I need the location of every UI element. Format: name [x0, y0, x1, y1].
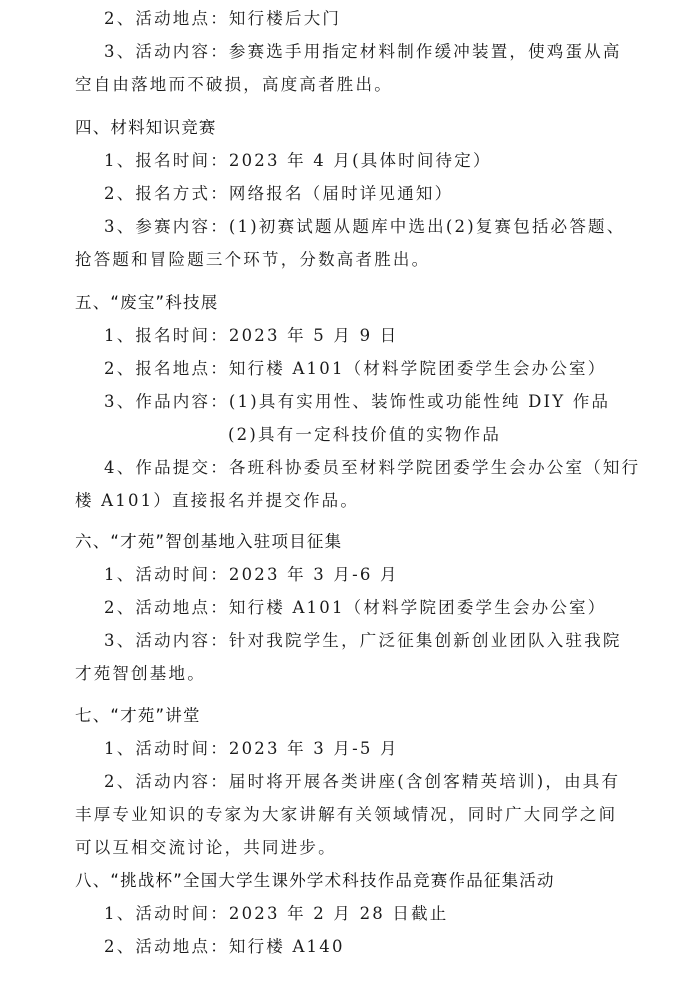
paragraph-line: 1、活动时间：2023 年 3 月-5 月	[104, 738, 664, 760]
paragraph-line: 楼 A101）直接报名并提交作品。	[75, 490, 635, 512]
paragraph-line: 丰厚专业知识的专家为大家讲解有关领域情况，同时广大同学之间	[75, 804, 635, 826]
section-heading: 六、“才苑”智创基地入驻项目征集	[75, 531, 635, 553]
paragraph-line: 2、报名地点：知行楼 A101（材料学院团委学生会办公室）	[104, 358, 664, 380]
paragraph-line: 2、活动地点：知行楼后大门	[104, 8, 664, 30]
paragraph-line: 2、报名方式：网络报名（届时详见通知）	[104, 183, 664, 205]
paragraph-line: 2、活动地点：知行楼 A140	[104, 936, 664, 958]
paragraph-line: 空自由落地而不破损，高度高者胜出。	[75, 74, 635, 96]
section-heading: 四、材料知识竞赛	[75, 117, 635, 139]
paragraph-line: (2)具有一定科技价值的实物作品	[228, 424, 700, 446]
document-page: 2、活动地点：知行楼后大门3、活动内容：参赛选手用指定材料制作缓冲装置，使鸡蛋从…	[0, 0, 700, 990]
paragraph-line: 3、活动内容：参赛选手用指定材料制作缓冲装置，使鸡蛋从高	[104, 41, 664, 63]
paragraph-line: 3、活动内容：针对我院学生，广泛征集创新创业团队入驻我院	[104, 630, 664, 652]
section-heading: 五、“废宝”科技展	[75, 292, 635, 314]
paragraph-line: 1、活动时间：2023 年 2 月 28 日截止	[104, 903, 664, 925]
paragraph-line: 2、活动地点：知行楼 A101（材料学院团委学生会办公室）	[104, 597, 664, 619]
paragraph-line: 1、报名时间：2023 年 4 月(具体时间待定）	[104, 150, 664, 172]
paragraph-line: 3、作品内容：(1)具有实用性、装饰性或功能性纯 DIY 作品	[104, 391, 664, 413]
section-heading: 七、“才苑”讲堂	[75, 705, 635, 727]
paragraph-line: 可以互相交流讨论，共同进步。	[75, 837, 635, 859]
paragraph-line: 3、参赛内容：(1)初赛试题从题库中选出(2)复赛包括必答题、	[104, 216, 664, 238]
paragraph-line: 2、活动内容：届时将开展各类讲座(含创客精英培训)，由具有	[104, 771, 664, 793]
paragraph-line: 1、报名时间：2023 年 5 月 9 日	[104, 325, 664, 347]
paragraph-line: 4、作品提交：各班科协委员至材料学院团委学生会办公室（知行	[104, 457, 664, 479]
section-heading: 八、“挑战杯”全国大学生课外学术科技作品竞赛作品征集活动	[75, 870, 635, 892]
paragraph-line: 才苑智创基地。	[75, 663, 635, 685]
paragraph-line: 1、活动时间：2023 年 3 月-6 月	[104, 564, 664, 586]
paragraph-line: 抢答题和冒险题三个环节，分数高者胜出。	[75, 249, 635, 271]
